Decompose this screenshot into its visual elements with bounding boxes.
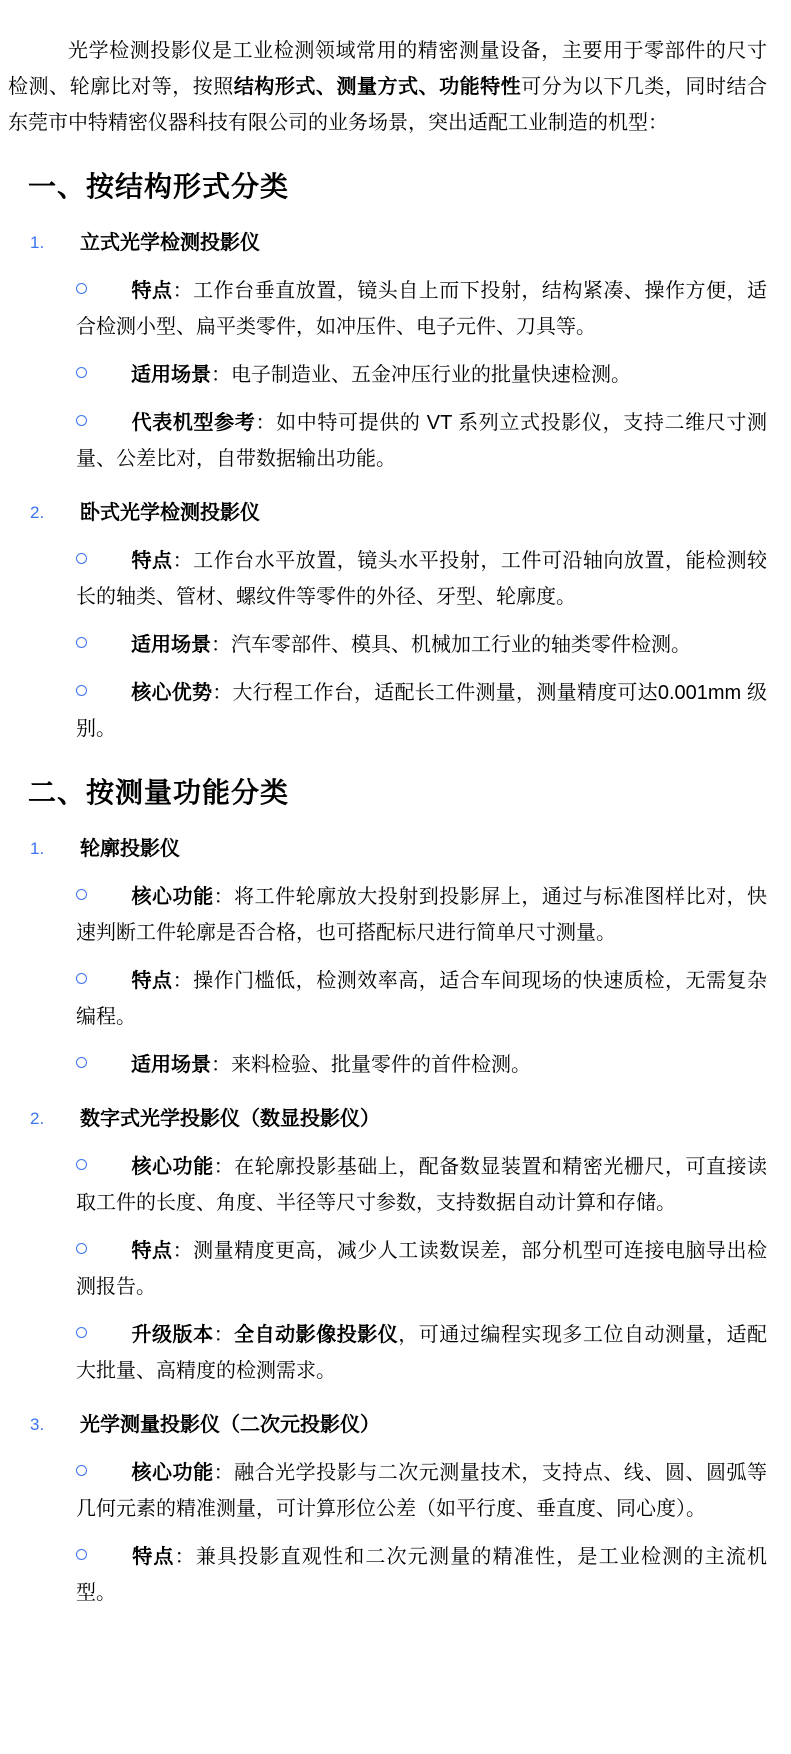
bullet-label: 升级版本 (131, 1324, 214, 1346)
section-heading: 二、按测量功能分类 (28, 773, 767, 813)
item-title-text: 光学测量投影仪（二次元投影仪） (80, 1414, 380, 1436)
colon: ： (211, 364, 231, 386)
circle-bullet-icon (76, 283, 87, 294)
bullet-item: 核心功能：在轮廓投影基础上，配备数显装置和精密光栅尺，可直接读取工件的长度、角度… (76, 1149, 767, 1221)
bullet-label: 代表机型参考 (131, 412, 255, 434)
colon: ： (214, 1324, 235, 1346)
bullet-label: 核心功能 (131, 1462, 214, 1484)
colon: ： (214, 886, 235, 908)
colon: ： (211, 1054, 231, 1076)
circle-bullet-icon (76, 553, 87, 564)
item-title: 2. 数字式光学投影仪（数显投影仪） (8, 1101, 767, 1137)
bullet-text: 汽车零部件、模具、机械加工行业的轴类零件检测。 (231, 634, 691, 656)
bullet-label: 核心功能 (131, 886, 214, 908)
colon: ： (255, 412, 276, 434)
bullet-bold-text: 全自动影像投影仪 (234, 1324, 398, 1346)
item-title: 1. 立式光学检测投影仪 (8, 225, 767, 261)
section-heading: 一、按结构形式分类 (28, 167, 767, 207)
item-title-text: 卧式光学检测投影仪 (80, 502, 260, 524)
circle-bullet-icon (76, 1549, 87, 1560)
bullet-item: 核心功能：融合光学投影与二次元测量技术，支持点、线、圆、圆弧等几何元素的精准测量… (76, 1455, 767, 1527)
circle-bullet-icon (76, 685, 87, 696)
item-number: 1. (30, 831, 44, 867)
bullet-label: 核心优势 (131, 682, 212, 704)
bullet-label: 适用场景 (131, 1054, 211, 1076)
intro-bold-text: 结构形式、测量方式、功能特性 (234, 76, 521, 98)
bullet-label: 特点 (131, 1240, 173, 1262)
bullet-text: 电子制造业、五金冲压行业的批量快速检测。 (231, 364, 631, 386)
bullet-label: 适用场景 (131, 364, 211, 386)
colon: ： (173, 280, 194, 302)
item-title: 1. 轮廓投影仪 (8, 831, 767, 867)
circle-bullet-icon (76, 415, 87, 426)
document-page: 光学检测投影仪是工业检测领域常用的精密测量设备，主要用于零部件的尺寸检测、轮廓比… (0, 0, 791, 1754)
colon: ： (212, 682, 232, 704)
bullet-label: 特点 (131, 280, 173, 302)
colon: ： (214, 1156, 235, 1178)
item-title-text: 立式光学检测投影仪 (80, 232, 260, 254)
colon: ： (214, 1462, 235, 1484)
item-number: 2. (30, 495, 44, 531)
colon: ： (173, 970, 194, 992)
circle-bullet-icon (76, 889, 87, 900)
bullet-item: 特点：测量精度更高，减少人工读数误差，部分机型可连接电脑导出检测报告。 (76, 1233, 767, 1305)
item-title: 2. 卧式光学检测投影仪 (8, 495, 767, 531)
bullet-label: 特点 (131, 550, 173, 572)
circle-bullet-icon (76, 1327, 87, 1338)
bullet-item: 代表机型参考：如中特可提供的 VT 系列立式投影仪，支持二维尺寸测量、公差比对，… (76, 405, 767, 477)
colon: ： (211, 634, 231, 656)
list-item: 1. 轮廓投影仪 核心功能：将工件轮廓放大投射到投影屏上，通过与标准图样比对，快… (8, 831, 767, 1083)
bullet-item: 特点：工作台垂直放置，镜头自上而下投射，结构紧凑、操作方便，适合检测小型、扁平类… (76, 273, 767, 345)
list-item: 2. 卧式光学检测投影仪 特点：工作台水平放置，镜头水平投射，工件可沿轴向放置，… (8, 495, 767, 747)
bullet-item: 适用场景：电子制造业、五金冲压行业的批量快速检测。 (76, 357, 767, 393)
list-item: 3. 光学测量投影仪（二次元投影仪） 核心功能：融合光学投影与二次元测量技术，支… (8, 1407, 767, 1611)
bullet-item: 特点：兼具投影直观性和二次元测量的精准性，是工业检测的主流机型。 (76, 1539, 767, 1611)
circle-bullet-icon (76, 1465, 87, 1476)
item-title: 3. 光学测量投影仪（二次元投影仪） (8, 1407, 767, 1443)
circle-bullet-icon (76, 367, 87, 378)
item-title-text: 数字式光学投影仪（数显投影仪） (80, 1108, 380, 1130)
intro-paragraph: 光学检测投影仪是工业检测领域常用的精密测量设备，主要用于零部件的尺寸检测、轮廓比… (8, 33, 767, 141)
circle-bullet-icon (76, 973, 87, 984)
circle-bullet-icon (76, 1159, 87, 1170)
circle-bullet-icon (76, 637, 87, 648)
bullet-label: 适用场景 (131, 634, 211, 656)
bullet-item: 核心功能：将工件轮廓放大投射到投影屏上，通过与标准图样比对，快速判断工件轮廓是否… (76, 879, 767, 951)
bullet-item: 特点：操作门槛低，检测效率高，适合车间现场的快速质检，无需复杂编程。 (76, 963, 767, 1035)
list-item: 2. 数字式光学投影仪（数显投影仪） 核心功能：在轮廓投影基础上，配备数显装置和… (8, 1101, 767, 1389)
bullet-item: 升级版本：全自动影像投影仪，可通过编程实现多工位自动测量，适配大批量、高精度的检… (76, 1317, 767, 1389)
bullet-label: 核心功能 (131, 1156, 214, 1178)
bullet-item: 适用场景：来料检验、批量零件的首件检测。 (76, 1047, 767, 1083)
bullet-item: 适用场景：汽车零部件、模具、机械加工行业的轴类零件检测。 (76, 627, 767, 663)
colon: ： (173, 550, 194, 572)
bullet-label: 特点 (131, 970, 173, 992)
item-number: 2. (30, 1101, 44, 1137)
item-number: 1. (30, 225, 44, 261)
list-item: 1. 立式光学检测投影仪 特点：工作台垂直放置，镜头自上而下投射，结构紧凑、操作… (8, 225, 767, 477)
circle-bullet-icon (76, 1057, 87, 1068)
item-number: 3. (30, 1407, 44, 1443)
bullet-label: 特点 (131, 1546, 175, 1568)
bullet-text: 来料检验、批量零件的首件检测。 (231, 1054, 531, 1076)
colon: ： (175, 1546, 196, 1568)
bullet-item: 特点：工作台水平放置，镜头水平投射，工件可沿轴向放置，能检测较长的轴类、管材、螺… (76, 543, 767, 615)
item-title-text: 轮廓投影仪 (80, 838, 180, 860)
bullet-item: 核心优势：大行程工作台，适配长工件测量，测量精度可达0.001mm 级别。 (76, 675, 767, 747)
circle-bullet-icon (76, 1243, 87, 1254)
colon: ： (173, 1240, 194, 1262)
